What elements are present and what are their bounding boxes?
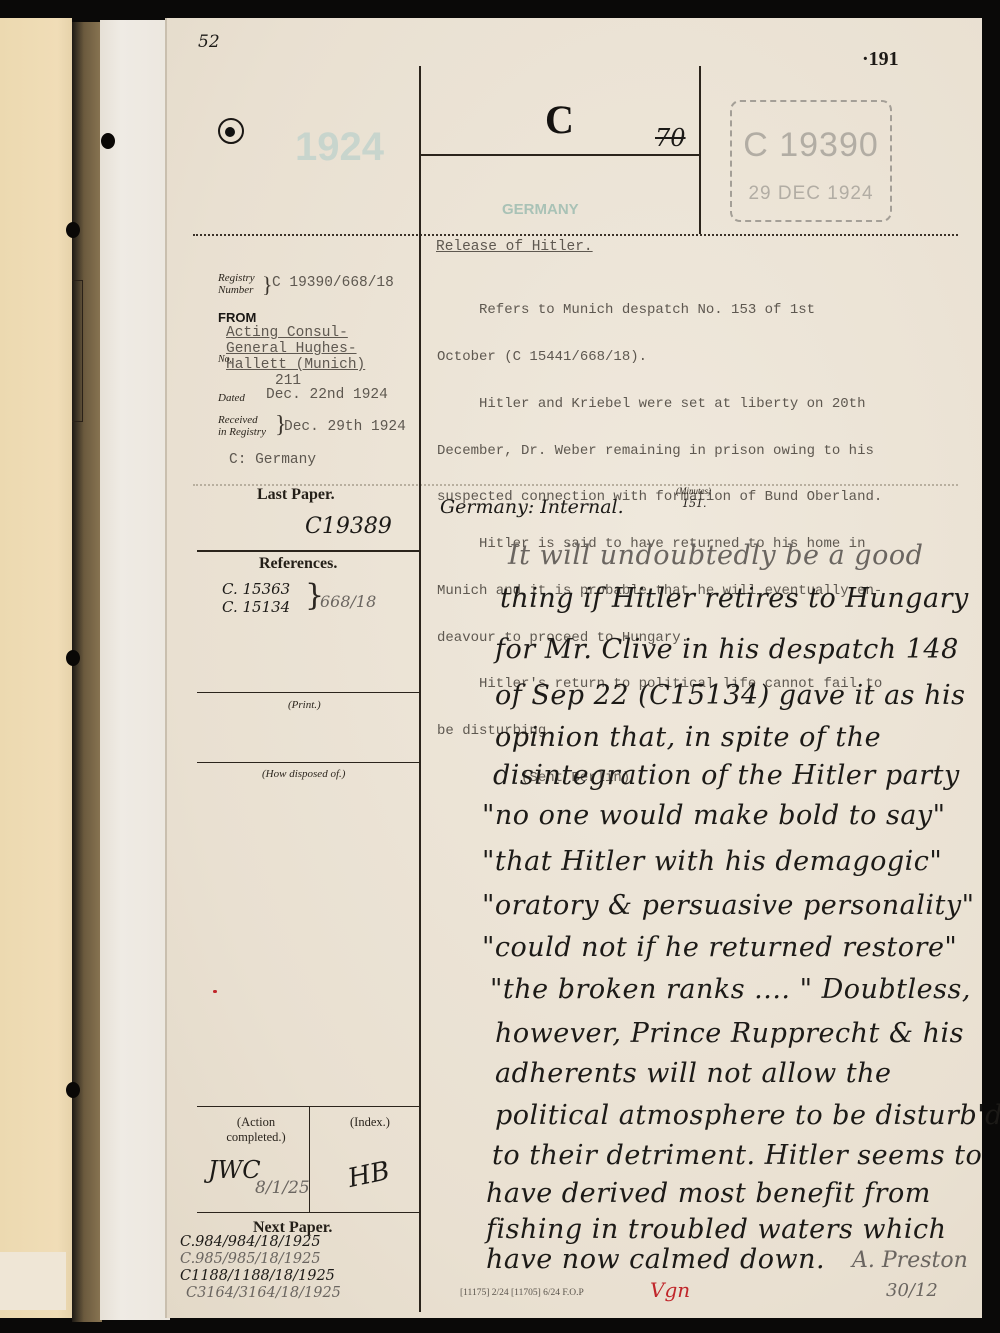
stamp-date: 29 DEC 1924	[732, 183, 890, 205]
column-divider	[419, 234, 421, 1312]
index-label: (Index.)	[350, 1115, 390, 1130]
reference-item: C. 15363	[222, 580, 290, 598]
minute-line: have derived most benefit from	[486, 1178, 931, 1209]
folder-cover-bottom-edge	[0, 1252, 66, 1310]
summary-title: Release of Hitler.	[436, 240, 593, 256]
from-sender: Acting Consul- General Hughes- Hallett (…	[226, 325, 365, 373]
minute-line: to their detriment. Hitler seems to	[492, 1140, 982, 1171]
summary-line: October (C 15441/668/18).	[437, 350, 882, 366]
minute-line: "that Hitler with his demagogic"	[482, 846, 942, 877]
brace: }	[262, 272, 273, 298]
red-initials: Vgn	[650, 1278, 690, 1302]
received-value: Dec. 29th 1924	[284, 420, 406, 436]
received-label: Received in Registry	[218, 414, 266, 438]
references-list: C. 15363 C. 15134	[222, 580, 290, 616]
header-divider-left	[419, 66, 421, 234]
year-stamp: 1924	[295, 125, 384, 170]
action-date: 8/1/25	[255, 1178, 310, 1198]
minutes-heading: Germany: Internal.	[440, 496, 624, 518]
gutter-tab	[72, 280, 83, 422]
from-line: Acting Consul-	[226, 325, 365, 341]
number-label: Number	[218, 284, 264, 296]
country-stamp: GERMANY	[502, 201, 579, 218]
minute-line: opinion that, in spite of the	[495, 722, 881, 753]
section-rule	[197, 1106, 419, 1107]
action-label-line: (Action	[205, 1115, 307, 1130]
registry-circle-icon	[218, 118, 244, 144]
minute-line: It will undoubtedly be a good	[508, 540, 923, 571]
minute-line: "oratory & persuasive personality"	[482, 890, 975, 921]
registry-number-value: C 19390/668/18	[272, 276, 394, 292]
minute-line: political atmosphere to be disturb'd	[495, 1100, 1000, 1131]
summary-line: Hitler and Kriebel were set at liberty o…	[437, 397, 882, 413]
next-paper-list: C.984/984/18/1925 C.985/985/18/1925 C118…	[180, 1234, 341, 1302]
print-label: (Print.)	[288, 699, 321, 711]
signature-date: 30/12	[886, 1280, 938, 1301]
minute-line: for Mr. Clive in his despatch 148	[495, 634, 959, 665]
last-paper-value: C19389	[305, 514, 392, 539]
punch-hole-icon	[66, 222, 80, 238]
department: C: Germany	[229, 453, 316, 469]
folder-cover-left	[0, 18, 72, 1318]
action-completed-label: (Action completed.)	[205, 1115, 307, 1145]
minute-line: of Sep 22 (C15134) gave it as his	[495, 680, 966, 711]
minute-line: fishing in troubled waters which	[486, 1214, 947, 1245]
underlying-sheet	[100, 20, 170, 1320]
summary-line: December, Dr. Weber remaining in prison …	[437, 444, 882, 460]
minute-line: "could not if he returned restore"	[482, 932, 957, 963]
minute-line: "no one would make bold to say"	[482, 800, 946, 831]
references-label: References.	[259, 555, 337, 573]
signature: A. Preston	[852, 1248, 968, 1273]
minutes-number: 151.	[682, 497, 707, 510]
minute-line: "the broken ranks .... " Doubtless,	[490, 974, 971, 1005]
summary-line: Refers to Munich despatch No. 153 of 1st	[437, 303, 882, 319]
minutes-label: (Minutes)	[676, 486, 711, 496]
next-paper-item: C1188/1188/18/1925	[180, 1268, 341, 1285]
stamped-folio-number: ·191	[862, 48, 899, 71]
minute-line: have now calmed down.	[486, 1244, 825, 1275]
registry-label: Registry	[218, 272, 264, 284]
minute-line: thing if Hitler retires to Hungary	[500, 583, 969, 614]
pencil-folio-number: 52	[198, 32, 220, 52]
red-ink-mark	[213, 990, 217, 993]
minute-line: however, Prince Rupprecht & his	[495, 1018, 964, 1049]
from-label: FROM	[218, 310, 256, 325]
section-rule	[197, 692, 419, 693]
section-rule	[197, 1212, 419, 1213]
dated-value: Dec. 22nd 1924	[266, 388, 388, 404]
received-label-line: in Registry	[218, 426, 266, 438]
last-paper-label: Last Paper.	[257, 486, 335, 504]
received-label-line: Received	[218, 414, 266, 426]
header-divider-right	[699, 66, 701, 234]
section-rule	[197, 762, 419, 763]
stamp-registry-number: C 19390	[732, 126, 890, 165]
from-line: General Hughes-	[226, 341, 365, 357]
next-paper-item: C3164/3164/18/1925	[180, 1285, 341, 1302]
disposed-label: (How disposed of.)	[262, 768, 345, 780]
action-initials: JWC	[208, 1156, 261, 1184]
class-letter: C	[545, 96, 574, 143]
from-line: Hallett (Munich)	[226, 357, 365, 373]
punch-hole-icon	[101, 133, 115, 149]
punch-hole-icon	[66, 650, 80, 666]
struck-class-number: 70	[655, 124, 686, 152]
no-label: No.	[218, 354, 232, 365]
action-label-line: completed.)	[205, 1130, 307, 1145]
registry-date-stamp: C 19390 29 DEC 1924	[730, 100, 892, 222]
registry-number-field: Registry Number	[218, 272, 264, 296]
reference-item: C. 15134	[222, 598, 290, 616]
binding-gutter	[72, 22, 102, 1322]
header-horizontal-rule	[421, 154, 699, 156]
next-paper-item: C.985/985/18/1925	[180, 1251, 341, 1268]
section-rule	[197, 550, 419, 552]
minute-line: adherents will not allow the	[495, 1058, 892, 1089]
print-code: [11175] 2/24 [11705] 6/24 F.O.P	[460, 1288, 584, 1298]
references-file: 668/18	[320, 592, 376, 611]
punch-hole-icon	[66, 1082, 80, 1098]
minute-line: disintegration of the Hitler party	[493, 760, 960, 791]
next-paper-item: C.984/984/18/1925	[180, 1234, 341, 1251]
perforation-top	[193, 234, 958, 236]
dated-label: Dated	[218, 392, 245, 404]
